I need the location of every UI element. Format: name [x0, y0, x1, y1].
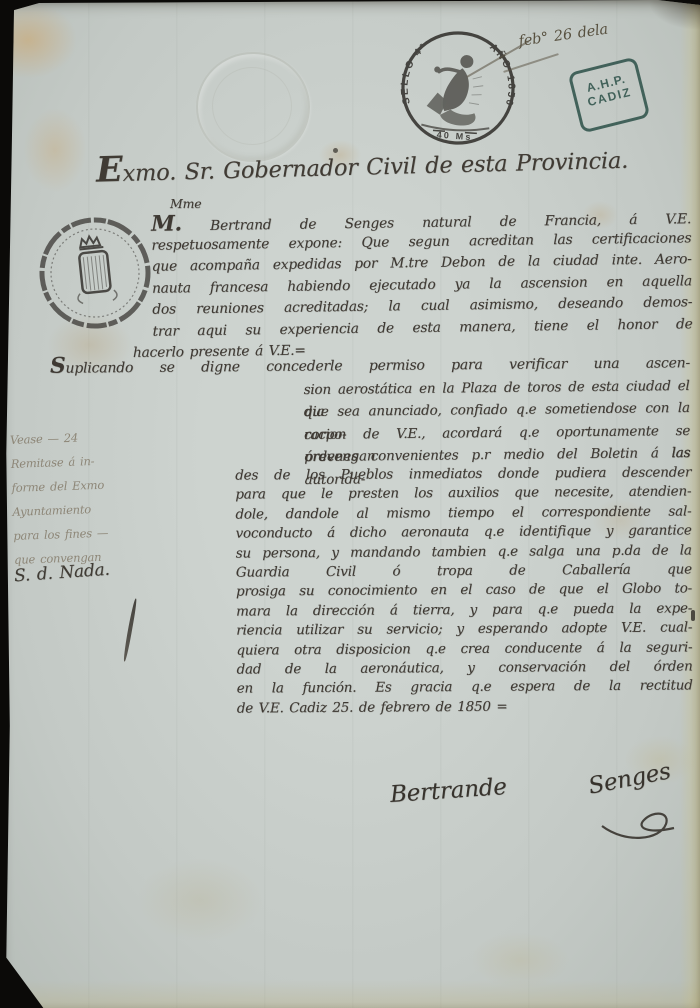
stamp-arc-right-text: AÑO 1850: [483, 41, 520, 109]
stamp-arc-left-text: SELLO 4º: [398, 39, 430, 107]
ink-speck: [691, 610, 695, 621]
paragraph-2-continued: des de los Pueblos inmediatos donde pudi…: [235, 463, 693, 718]
paragraph-2-indented: sion aerostática en la Plaza de toros de…: [304, 375, 691, 469]
seated-allegory-figure-icon: [421, 52, 494, 132]
scanned-document: SELLO 4º AÑO 1850 40 Ms feb° 26 dela A.H…: [0, 0, 700, 1008]
manuscript-line: voconducto á dicho aeronauta q.e identif…: [236, 522, 692, 545]
manuscript-line: en la función. Es gracia q.e espera de l…: [237, 677, 693, 700]
revenue-stamp-sello-4: SELLO 4º AÑO 1850 40 Ms: [394, 24, 522, 152]
ink-speck: [333, 148, 338, 153]
crowned-shield: [72, 234, 118, 304]
embossed-seal-inner-ring: [212, 67, 292, 145]
marginal-notes: Vease — 24 Remitase á in- forme del Exmo…: [10, 420, 240, 572]
paragraph-1: M. Bertrand de Senges natural de Francia…: [151, 206, 693, 364]
signature-rubric-flourish: [596, 800, 692, 848]
date-line: de V.E. Cadiz 25. de febrero de 1850 =: [237, 696, 693, 719]
municipal-seal-crowned-arms-icon: [28, 206, 162, 340]
manuscript-line: riencia utilizar su servicio; y esperand…: [236, 619, 692, 642]
lead-word: Mme: [170, 196, 201, 211]
